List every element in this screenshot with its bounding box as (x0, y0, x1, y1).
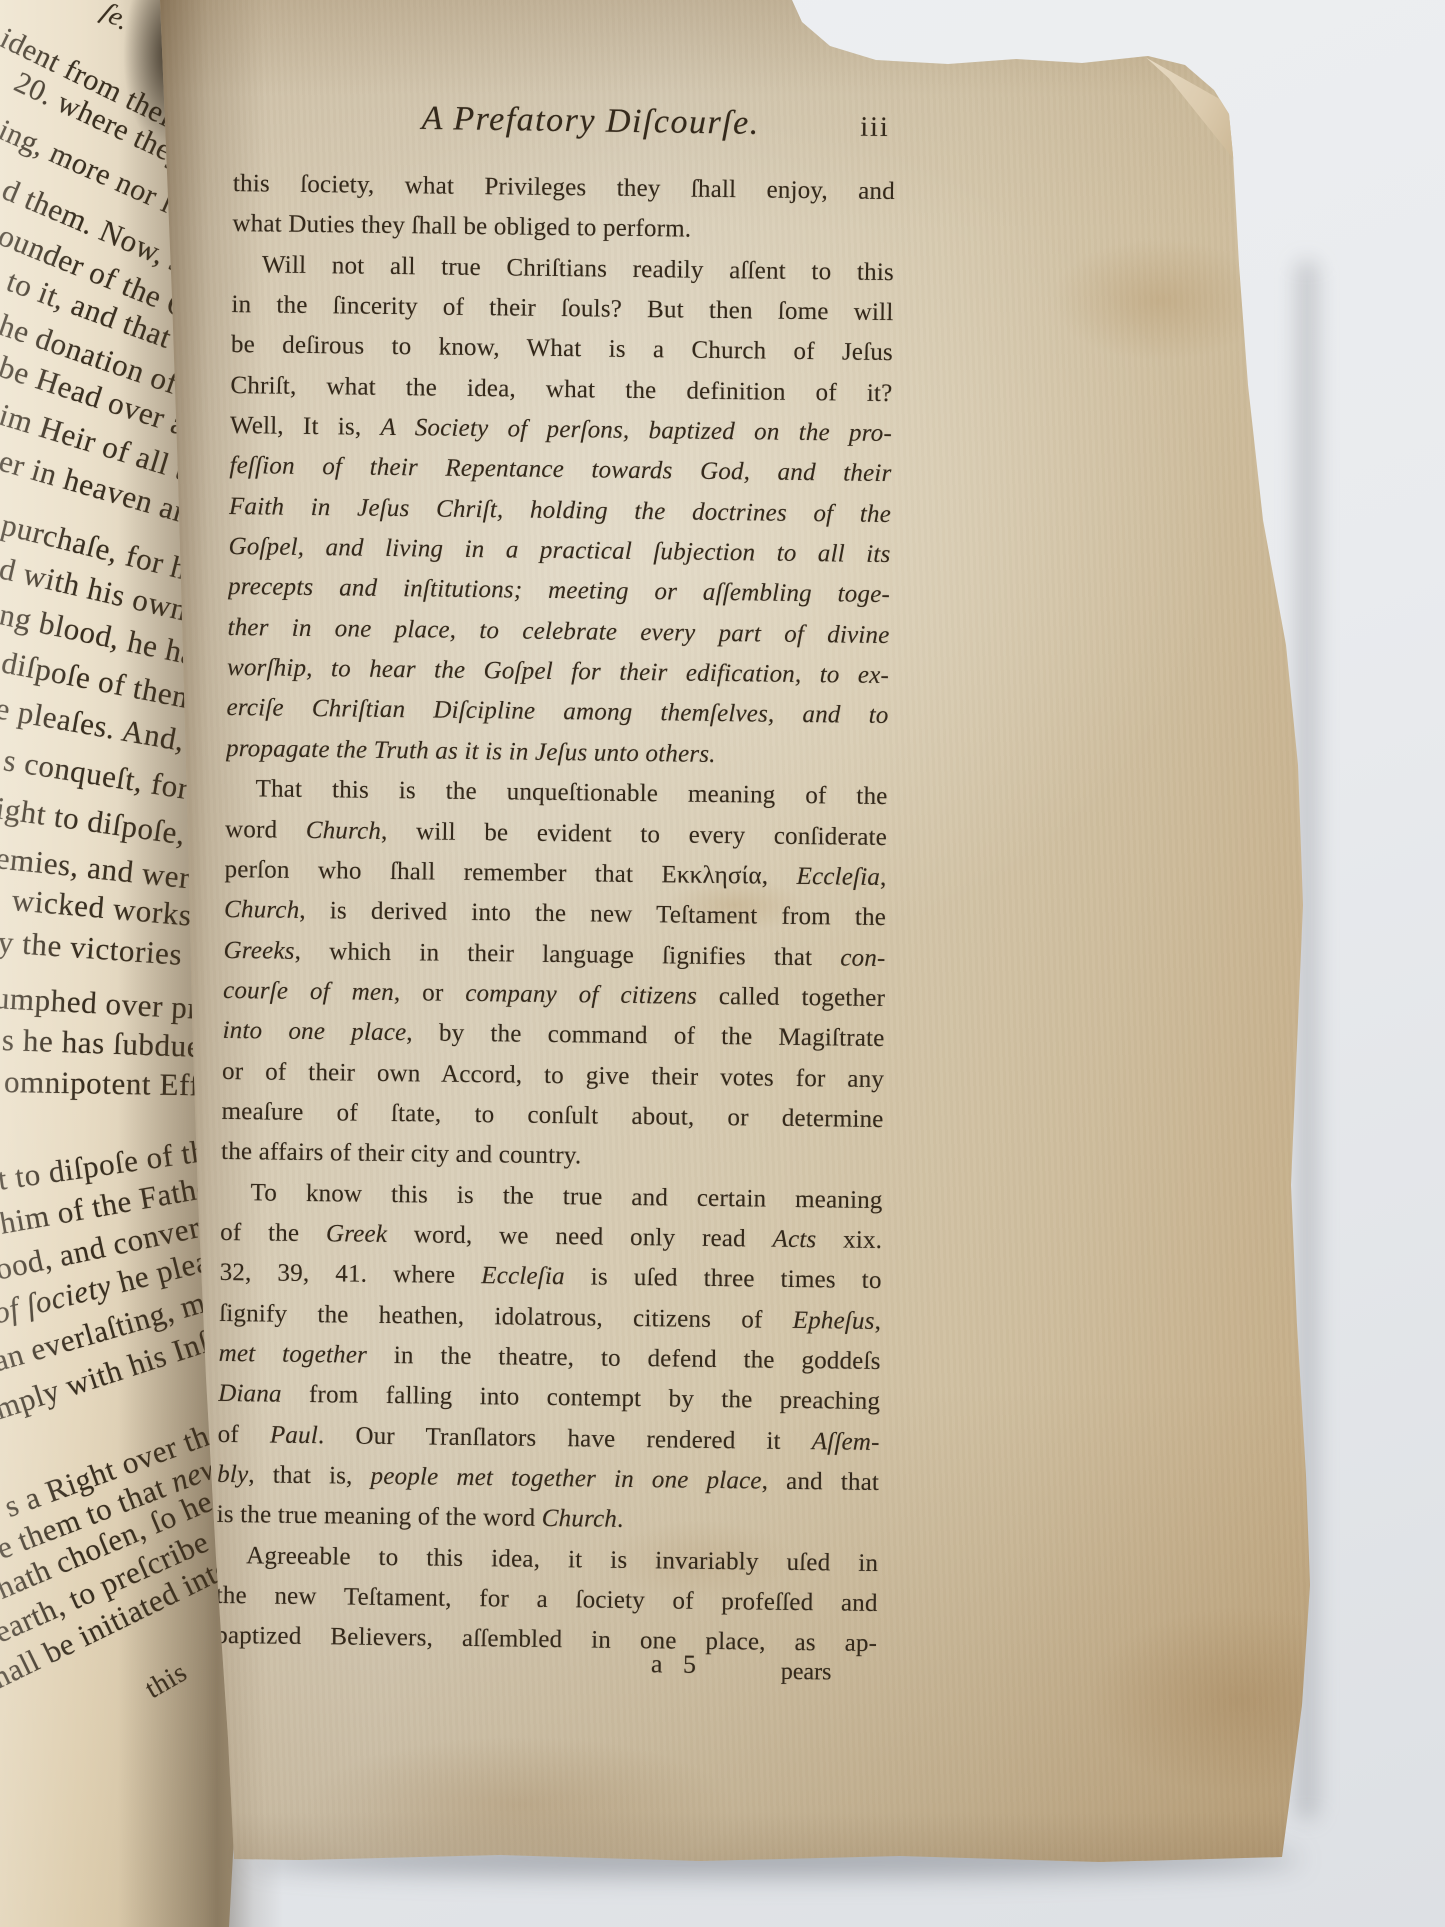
page-number: iii (860, 112, 890, 144)
running-head: A Prefatory Diſcourſe. iii (233, 96, 896, 172)
body-line: baptized Believers, aſſembled in one pla… (215, 1616, 877, 1664)
running-title: A Prefatory Diſcourſe. (421, 100, 760, 143)
signature-mark: a 5 (651, 1649, 703, 1680)
photo-backdrop: ſe.ident from their C20. where they arei… (0, 0, 1445, 1927)
folded-corner (1138, 50, 1242, 180)
page-text-block: A Prefatory Diſcourſe. iii this ſociety,… (214, 96, 896, 1744)
body-text: this ſociety, what Privileges they ſhall… (215, 164, 895, 1665)
catchword: pears (781, 1659, 832, 1687)
